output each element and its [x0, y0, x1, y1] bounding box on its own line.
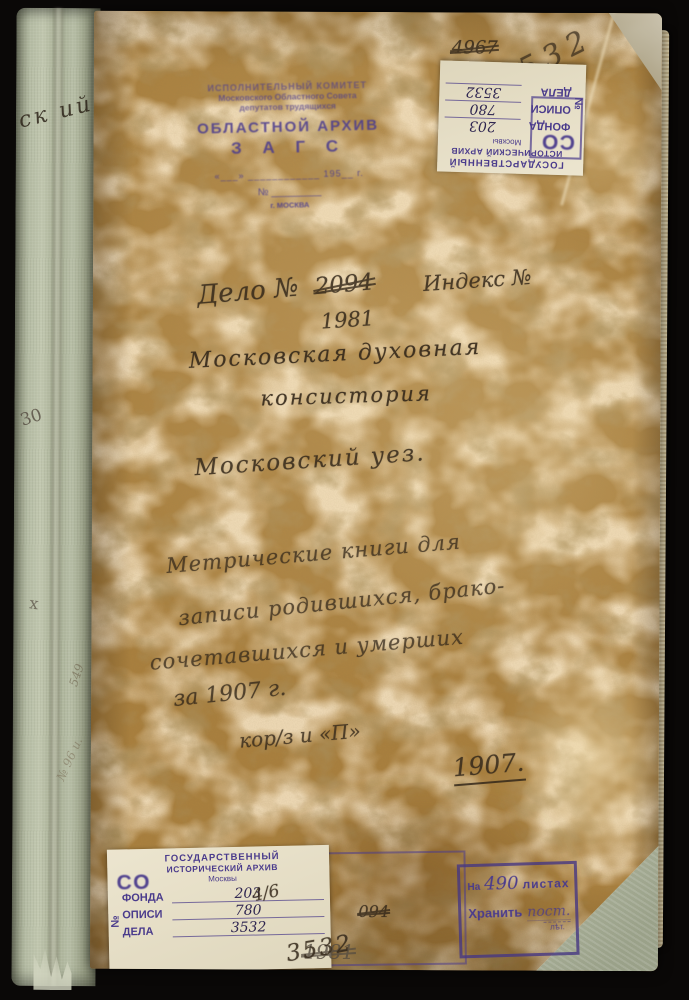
row-label: ДЕЛА — [123, 925, 173, 938]
sheets-suffix: листах — [522, 876, 569, 891]
so-stamp: СО — [540, 128, 576, 153]
spine-pencil-number: 30 — [18, 405, 45, 431]
keep-line: Хранить пост. — [468, 903, 570, 923]
label-row-opis: ОПИСИ 780 — [122, 903, 324, 921]
spine-code-2: № 96 и. — [54, 735, 86, 783]
stamp-date-line: «___» ____________ 195__ г. — [156, 167, 422, 183]
book-spine: ск ий 30 х 549 № 96 и. — [11, 8, 100, 986]
delo-new-number: 1981 — [320, 306, 375, 333]
sheets-prefix: На — [467, 882, 480, 893]
row-value: 780 — [445, 100, 521, 116]
zags-archive-stamp: ИСПОЛНИТЕЛЬНЫЙ КОМИТЕТ Московского Облас… — [154, 79, 423, 213]
keep-label: Хранить — [468, 905, 522, 922]
crossed-tail-number: 094 — [358, 902, 389, 921]
row-value: 3532 — [172, 920, 324, 937]
delo-old-number: 2094 — [314, 269, 374, 300]
sheets-line: На 490 листах — [467, 871, 570, 895]
number-sign: № — [109, 915, 121, 928]
year-big-underlined: 1907. — [452, 748, 526, 787]
archive-label-top-flipped: СО № ГОСУДАРСТВЕННЫЙ ИСТОРИЧЕСКИЙ АРХИВ … — [437, 60, 586, 175]
label-row-fond: ФОНДА 203 — [122, 886, 324, 904]
crossed-old-number-top: 4967 — [452, 37, 498, 58]
row-value: 3532 — [445, 83, 521, 99]
spine-code-1: 549 — [66, 662, 86, 688]
number-sign: № — [572, 97, 584, 110]
row-value: 203 — [172, 886, 324, 903]
row-label: ОПИСИ — [122, 908, 172, 921]
keep-value: пост. — [527, 903, 571, 921]
spine-x-mark: х — [28, 593, 40, 613]
stamp-subtitle: З А Г С — [155, 135, 421, 161]
label-rows: ФОНДА 203 ОПИСИ 780 ДЕЛА 3532 — [122, 886, 325, 938]
book-front-cover: ИСПОЛНИТЕЛЬНЫЙ КОМИТЕТ Московского Облас… — [90, 11, 662, 971]
photo-backdrop: ск ий 30 х 549 № 96 и. — [0, 0, 689, 1000]
years-line: лѣт. — [469, 922, 571, 934]
so-stamp: СО — [116, 871, 151, 896]
years-label: лѣт. — [544, 921, 571, 932]
spine-title-fragment: ск ий — [16, 91, 96, 133]
row-value: 203 — [444, 117, 520, 133]
row-value: 780 — [172, 903, 324, 920]
label-row-delo: ДЕЛА 3532 — [122, 920, 324, 938]
sheets-count-stamp: На 490 листах Хранить пост. лѣт. — [457, 861, 580, 959]
sheets-count-value: 490 — [484, 873, 519, 895]
